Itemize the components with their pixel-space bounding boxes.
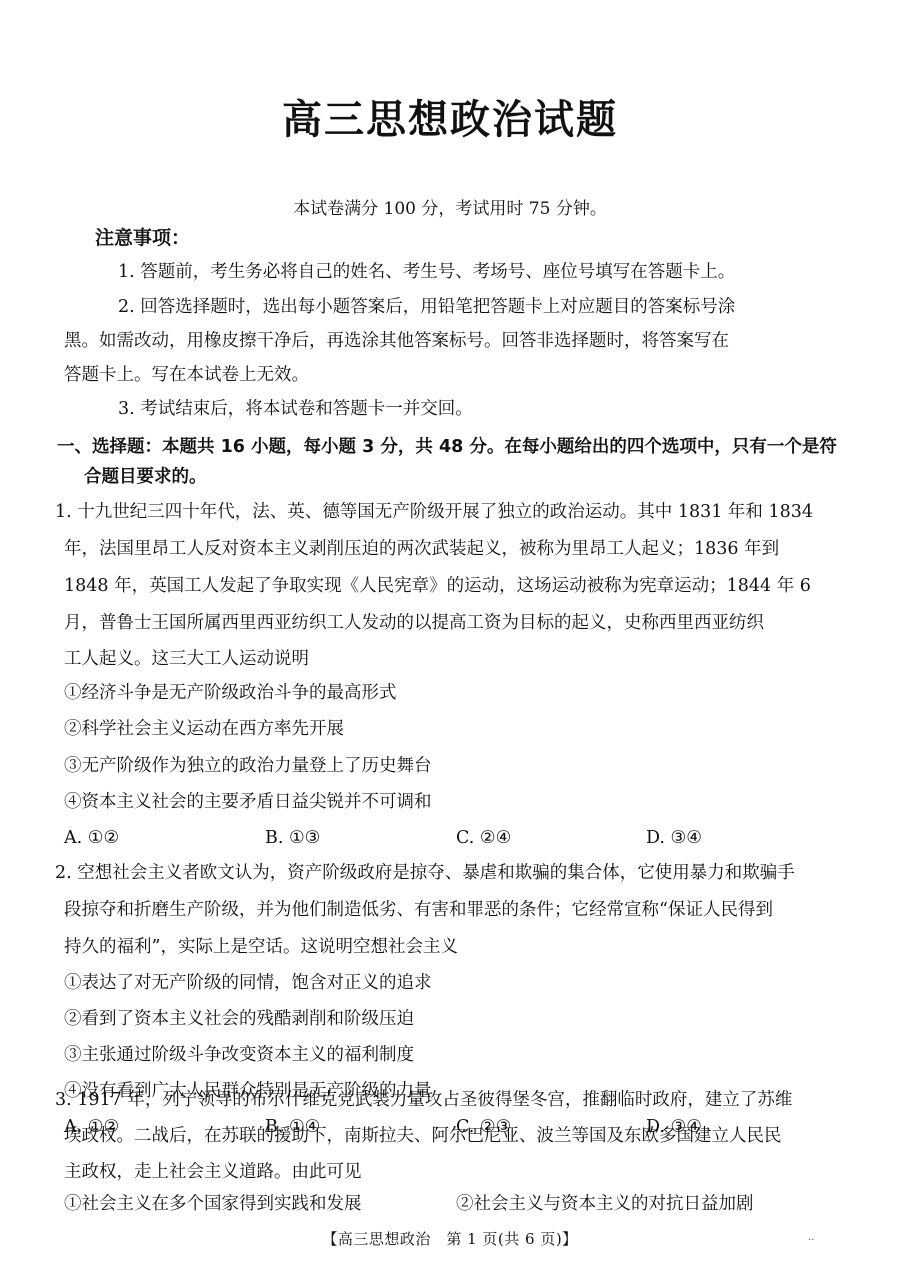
question-stem-line: 段掠夺和折磨生产阶级，并为他们制造低劣、有害和罪恶的条件；它经常宣称“保证人民得… [64, 898, 773, 922]
question-stem-line: 月，普鲁士王国所属西里西亚纺织工人发动的以提高工资为目标的起义，史称西里西亚纺织 [64, 611, 764, 635]
page-footer: 【高三思想政治 第 1 页(共 6 页)】 [0, 1228, 900, 1249]
exam-title: 高三思想政治试题 [0, 88, 900, 145]
statement-1: ①社会主义在多个国家得到实践和发展 [64, 1192, 362, 1216]
notice-item-1: 1. 答题前，考生务必将自己的姓名、考生号、考场号、座位号填写在答题卡上。 [118, 260, 735, 284]
option-a[interactable]: A. ①② [64, 826, 119, 850]
option-c[interactable]: C. ②④ [456, 826, 511, 850]
notice-heading: 注意事项： [95, 226, 190, 250]
question-stem-line: 埃政权。二战后，在苏联的援助下，南斯拉夫、阿尔巴尼亚、波兰等国及东欧多国建立人民… [64, 1124, 782, 1148]
statement-1: ①经济斗争是无产阶级政治斗争的最高形式 [64, 681, 397, 705]
question-stem-line: 工人起义。这三大工人运动说明 [64, 647, 309, 671]
section-heading-cont: 合题目要求的。 [84, 465, 207, 489]
notice-item-2-cont2: 答题卡上。写在本试卷上无效。 [64, 363, 309, 387]
statement-1: ①表达了对无产阶级的同情，饱含对正义的追求 [64, 971, 432, 995]
statement-3: ③主张通过阶级斗争改变资本主义的福利制度 [64, 1043, 414, 1067]
statement-2: ②看到了资本主义社会的残酷剥削和阶级压迫 [64, 1007, 414, 1031]
question-stem-line: 主政权，走上社会主义道路。由此可见 [64, 1160, 362, 1184]
statement-4: ④资本主义社会的主要矛盾日益尖锐并不可调和 [64, 790, 432, 814]
notice-item-2-cont: 黑。如需改动，用橡皮擦干净后，再选涂其他答案标号。回答非选择题时，将答案写在 [64, 329, 729, 353]
exam-subtitle: 本试卷满分 100 分，考试用时 75 分钟。 [0, 194, 900, 219]
question-stem-line: 持久的福利”，实际上是空话。这说明空想社会主义 [64, 935, 458, 959]
question-stem-line: 2. 空想社会主义者欧文认为，资产阶级政府是掠夺、暴虐和欺骗的集合体，它使用暴力… [55, 861, 795, 885]
option-b[interactable]: B. ①③ [265, 826, 320, 850]
exam-page: 高三思想政治试题 本试卷满分 100 分，考试用时 75 分钟。 注意事项： 1… [0, 0, 900, 1273]
statement-3: ③无产阶级作为独立的政治力量登上了历史舞台 [64, 754, 432, 778]
section-heading: 一、选择题：本题共 16 小题，每小题 3 分，共 48 分。在每小题给出的四个… [57, 435, 837, 459]
question-stem-line: 1. 十九世纪三四十年代，法、英、德等国无产阶级开展了独立的政治运动。其中 18… [55, 500, 813, 524]
statement-2: ②科学社会主义运动在西方率先开展 [64, 717, 344, 741]
statement-2: ②社会主义与资本主义的对抗日益加剧 [456, 1192, 754, 1216]
question-stem-line: 3. 1917 年，列宁领导的布尔什维克党武装力量攻占圣彼得堡冬宫，推翻临时政府… [55, 1088, 792, 1112]
notice-item-2: 2. 回答选择题时，选出每小题答案后，用铅笔把答题卡上对应题目的答案标号涂 [118, 295, 735, 319]
option-d[interactable]: D. ③④ [646, 826, 702, 850]
question-stem-line: 1848 年，英国工人发起了争取实现《人民宪章》的运动，这场运动被称为宪章运动；… [64, 574, 811, 598]
question-stem-line: 年，法国里昂工人反对资本主义剥削压迫的两次武装起义，被称为里昂工人起义；1836… [64, 537, 779, 561]
scan-mark: .. [808, 1232, 814, 1243]
notice-item-3: 3. 考试结束后，将本试卷和答题卡一并交回。 [118, 397, 473, 421]
